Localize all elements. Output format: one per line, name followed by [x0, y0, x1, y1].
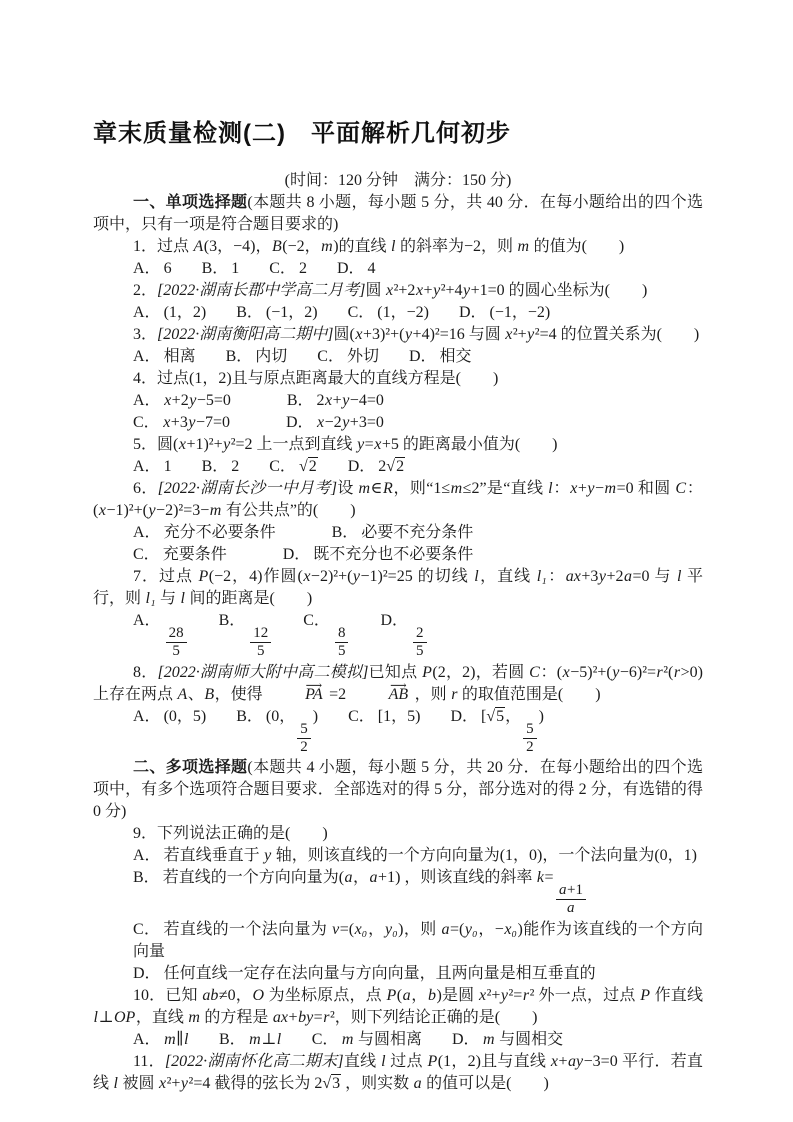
option-label: B．: [332, 524, 359, 541]
option-label: A．: [133, 304, 161, 321]
option-row: C．若直线的一个法向量为 v=(x₀，y₀)，则 a=(y₀，−x₀)能作为该直…: [93, 919, 703, 963]
option-label: D．: [380, 612, 408, 629]
option: B．内切: [226, 346, 288, 368]
option-text: 2√2: [378, 457, 405, 475]
sqrt: √3: [322, 1074, 341, 1092]
option-label: B．: [236, 708, 263, 725]
question-stem: 4．过点(1，2)且与原点距离最大的直线方程是( ): [93, 368, 703, 390]
questions-container: 一、单项选择题(本题共 8 小题，每小题 5 分，共 40 分．在每小题给出的四…: [93, 192, 703, 1095]
option-row: A．m∥lB．m⊥lC．m 与圆相离D．m 与圆相交: [93, 1029, 703, 1051]
option: C．85: [303, 610, 350, 662]
option-label: D．: [283, 546, 311, 563]
option: C．m 与圆相离: [312, 1029, 422, 1051]
option-text: (−1，2): [266, 304, 318, 321]
option-text: x+3y−7=0: [163, 414, 230, 431]
option: A．1: [133, 456, 172, 478]
option-text: 2: [299, 260, 307, 277]
option: A．(1，2): [133, 302, 206, 324]
sqrt: √5: [486, 707, 505, 725]
option-row: A．若直线垂直于 y 轴，则该直线的一个方向向量为(1，0)，一个法向量为(0，…: [93, 845, 703, 867]
option-label: A．: [133, 458, 161, 475]
source-tag: [2022·湖南怀化高二期末]: [165, 1053, 344, 1070]
option-label: C．: [133, 414, 160, 431]
question-stem: 11．[2022·湖南怀化高二期末]直线 l 过点 P(1，2)且与直线 x+a…: [93, 1051, 703, 1095]
option-label: A．: [133, 708, 161, 725]
option: B．2x+y−4=0: [287, 390, 384, 412]
option-label: D．: [459, 304, 487, 321]
option-text: 相离: [164, 348, 196, 365]
option-text: 充分不必要条件: [164, 524, 276, 541]
option-text: (0，52): [266, 708, 318, 725]
question-stem: 3．[2022·湖南衡阳高二期中]圆(x+3)²+(y+4)²=16 与圆 x²…: [93, 324, 703, 346]
option-label: D．: [450, 708, 478, 725]
option: B．m⊥l: [219, 1029, 282, 1051]
vector: PA: [265, 684, 323, 706]
question-stem: 6．[2022·湖南长沙一中月考]设 m∈R，则“1≤m≤2”是“直线 l：x+…: [93, 478, 703, 522]
option: C．[1，5): [348, 706, 420, 728]
fraction: 52: [297, 721, 311, 757]
option: A．若直线垂直于 y 轴，则该直线的一个方向向量为(1，0)，一个法向量为(0，…: [133, 845, 697, 867]
option-row: C．充要条件D．既不充分也不必要条件: [93, 544, 703, 566]
option-text: 1: [164, 458, 172, 475]
question-stem: 1．过点 A(3，−4)，B(−2，m)的直线 l 的斜率为−2，则 m 的值为…: [93, 236, 703, 258]
option-text: [1，5): [378, 708, 421, 725]
sqrt: √2: [299, 457, 318, 475]
option: A．(0，5): [133, 706, 206, 728]
option-text: 外切: [347, 348, 379, 365]
source-tag: [2022·湖南长郡中学高二月考]: [157, 282, 365, 299]
option-row: A．相离B．内切C．外切D．相交: [93, 346, 703, 368]
option-label: C．: [133, 921, 160, 938]
fraction: 85: [335, 625, 349, 661]
page-title: 章末质量检测(二) 平面解析几何初步: [93, 118, 703, 150]
option: D．m 与圆相交: [452, 1029, 563, 1051]
fraction: 285: [166, 625, 187, 661]
option: B．1: [202, 258, 240, 280]
option: B．125: [219, 610, 274, 662]
option-label: C．: [269, 260, 296, 277]
option-text: x−2y+3=0: [317, 414, 384, 431]
option: A．6: [133, 258, 172, 280]
option: D．2√2: [348, 456, 405, 478]
option: B．(0，52): [236, 706, 318, 758]
option: A．充分不必要条件: [133, 522, 276, 544]
option: D．既不充分也不必要条件: [283, 544, 474, 566]
option: A．x+2y−5=0: [133, 390, 231, 412]
option-text: √2: [299, 457, 318, 475]
option: B．(−1，2): [236, 302, 317, 324]
option-text: 内切: [255, 348, 287, 365]
option: B．必要不充分条件: [332, 522, 474, 544]
source-tag: [2022·湖南长沙一中月考]: [158, 480, 337, 497]
option-text: (−1，−2): [490, 304, 551, 321]
vector: AB: [348, 684, 409, 706]
section-heading: 二、多项选择题(本题共 4 小题，每小题 5 分，共 20 分．在每小题给出的四…: [93, 757, 703, 823]
option: C．x+3y−7=0: [133, 412, 230, 434]
option-text: 必要不充分条件: [361, 524, 473, 541]
section-heading: 一、单项选择题(本题共 8 小题，每小题 5 分，共 40 分．在每小题给出的四…: [93, 192, 703, 236]
option-text: 4: [368, 260, 376, 277]
source-tag: [2022·湖南师大附中高二模拟]: [157, 664, 368, 681]
option-row: A．充分不必要条件B．必要不充分条件: [93, 522, 703, 544]
option-text: 任何直线一定存在法向量与方向向量，且两向量是相互垂直的: [164, 965, 596, 982]
fraction: 25: [413, 625, 427, 661]
option-label: A．: [133, 612, 161, 629]
option-text: 2: [231, 458, 239, 475]
option-row: A．(1，2)B．(−1，2)C．(1，−2)D．(−1，−2): [93, 302, 703, 324]
question-stem: 9．下列说法正确的是( ): [93, 823, 703, 845]
question-stem: 7．过点 P(−2，4)作圆(x−2)²+(y−1)²=25 的切线 l，直线 …: [93, 566, 703, 610]
option-label: D．: [452, 1031, 480, 1048]
option-row: A．1B．2C．√2D．2√2: [93, 456, 703, 478]
option-label: B．: [202, 260, 229, 277]
option-label: C．: [348, 304, 375, 321]
option-label: A．: [133, 847, 161, 864]
option-row: A．285B．125C．85D．25: [93, 610, 703, 662]
option-label: B．: [202, 458, 229, 475]
option-label: C．: [312, 1031, 339, 1048]
fraction: a+1a: [556, 882, 586, 918]
option-text: m 与圆相离: [341, 1031, 422, 1048]
option: D．4: [337, 258, 376, 280]
option: D．(−1，−2): [459, 302, 550, 324]
option-text: m 与圆相交: [483, 1031, 564, 1048]
source-tag: [2022·湖南衡阳高二期中]: [157, 326, 333, 343]
option-label: B．: [226, 348, 253, 365]
option-text: 85: [333, 612, 351, 629]
question-stem: 2．[2022·湖南长郡中学高二月考]圆 x²+2x+y²+4y+1=0 的圆心…: [93, 280, 703, 302]
option-row: A．(0，5)B．(0，52)C．[1，5)D．[√5，52): [93, 706, 703, 758]
option-text: 285: [164, 612, 189, 629]
option-text: 若直线的一个法向量为 v=(x₀，y₀)，则 a=(y₀，−x₀)能作为该直线的…: [133, 921, 703, 960]
option-row: A．6B．1C．2D．4: [93, 258, 703, 280]
option-text: x+2y−5=0: [164, 392, 231, 409]
option: A．m∥l: [133, 1029, 189, 1051]
option: C．√2: [269, 456, 317, 478]
option-text: 充要条件: [163, 546, 227, 563]
option-label: A．: [133, 260, 161, 277]
option: C．外切: [317, 346, 379, 368]
option-row: B．若直线的一个方向向量为(a，a+1) ，则该直线的斜率 k=a+1a: [93, 867, 703, 919]
option-label: B．: [236, 304, 263, 321]
option-label: B．: [287, 392, 314, 409]
option-label: B．: [133, 869, 160, 886]
option: A．相离: [133, 346, 196, 368]
option-label: C．: [269, 458, 296, 475]
option-text: 既不充分也不必要条件: [313, 546, 473, 563]
option: B．2: [202, 456, 240, 478]
question-stem: 8．[2022·湖南师大附中高二模拟]已知点 P(2，2)，若圆 C：(x−5)…: [93, 662, 703, 706]
option-label: C．: [348, 708, 375, 725]
option-text: 125: [248, 612, 273, 629]
option-text: 25: [411, 612, 429, 629]
option-text: (1，2): [164, 304, 207, 321]
option-text: 1: [231, 260, 239, 277]
option: D．相交: [409, 346, 472, 368]
option-label: D．: [348, 458, 376, 475]
option-label: C．: [317, 348, 344, 365]
option-text: [√5，52): [481, 708, 544, 725]
option-label: C．: [133, 546, 160, 563]
option: D．任何直线一定存在法向量与方向向量，且两向量是相互垂直的: [133, 963, 596, 985]
document-page: 章末质量检测(二) 平面解析几何初步 (时间：120 分钟 满分：150 分) …: [0, 0, 793, 1122]
option-text: 2x+y−4=0: [317, 392, 384, 409]
section-title: 一、单项选择题: [133, 194, 247, 211]
option-label: B．: [219, 1031, 246, 1048]
exam-meta: (时间：120 分钟 满分：150 分): [93, 170, 703, 192]
option: D．[√5，52): [450, 706, 544, 758]
option: C．若直线的一个法向量为 v=(x₀，y₀)，则 a=(y₀，−x₀)能作为该直…: [133, 919, 703, 963]
option-label: B．: [219, 612, 246, 629]
option-text: 若直线垂直于 y 轴，则该直线的一个方向向量为(1，0)，一个法向量为(0，1): [164, 847, 697, 864]
option: D．x−2y+3=0: [286, 412, 384, 434]
option-label: D．: [409, 348, 437, 365]
option: C．2: [269, 258, 307, 280]
option-text: (0，5): [164, 708, 207, 725]
question-stem: 5．圆(x+1)²+y²=2 上一点到直线 y=x+5 的距离最小值为( ): [93, 434, 703, 456]
sqrt: √2: [386, 457, 405, 475]
option: C．充要条件: [133, 544, 227, 566]
section-title: 二、多项选择题: [133, 759, 247, 776]
option-row: C．x+3y−7=0D．x−2y+3=0: [93, 412, 703, 434]
option-label: A．: [133, 348, 161, 365]
option: B．若直线的一个方向向量为(a，a+1) ，则该直线的斜率 k=a+1a: [133, 867, 588, 919]
option-label: A．: [133, 392, 161, 409]
option: D．25: [380, 610, 428, 662]
option-label: D．: [286, 414, 314, 431]
option-label: A．: [133, 1031, 161, 1048]
option-text: 相交: [440, 348, 472, 365]
option: C．(1，−2): [348, 302, 429, 324]
fraction: 125: [250, 625, 271, 661]
option-label: A．: [133, 524, 161, 541]
option-text: m∥l: [164, 1031, 189, 1048]
option-label: D．: [337, 260, 365, 277]
option-label: C．: [303, 612, 330, 629]
option-text: m⊥l: [249, 1031, 282, 1048]
option-label: D．: [133, 965, 161, 982]
question-stem: 10．已知 ab≠0，O 为坐标原点，点 P(a，b)是圆 x²+y²=r² 外…: [93, 985, 703, 1029]
option-text: 若直线的一个方向向量为(a，a+1) ，则该直线的斜率 k=a+1a: [163, 869, 588, 886]
option-text: 6: [164, 260, 172, 277]
fraction: 52: [523, 721, 537, 757]
option-text: (1，−2): [377, 304, 429, 321]
option: A．285: [133, 610, 189, 662]
option-row: D．任何直线一定存在法向量与方向向量，且两向量是相互垂直的: [93, 963, 703, 985]
option-row: A．x+2y−5=0B．2x+y−4=0: [93, 390, 703, 412]
